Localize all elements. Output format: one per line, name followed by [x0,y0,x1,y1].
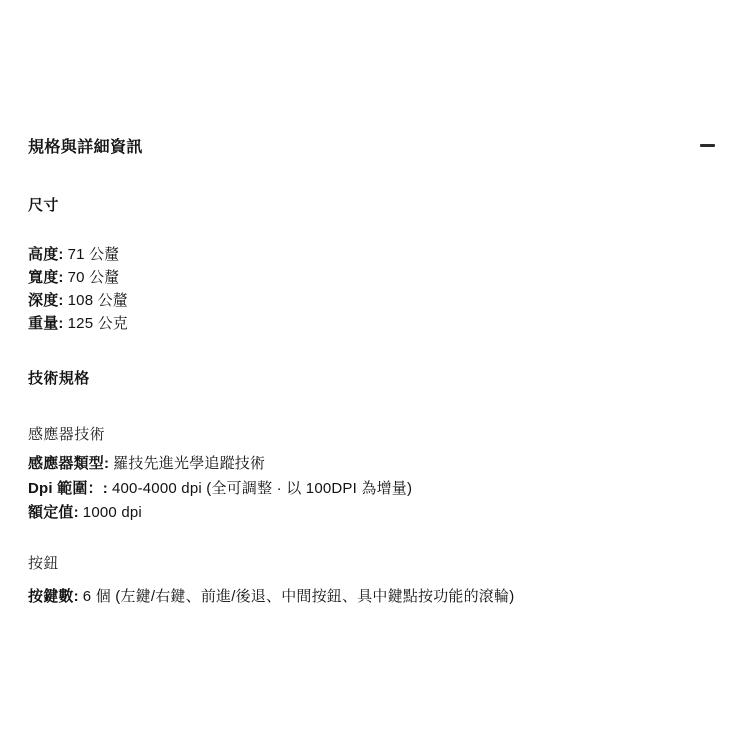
spec-value: 羅技先進光學追蹤技術 [113,455,265,472]
technical-specs-heading: 技術規格 [28,367,90,388]
spec-row-dpi-range: Dpi 範圍：:400-4000 dpi (全可調整 · 以 100DPI 為增… [28,477,730,502]
spec-value: 6 個 (左鍵/右鍵、前進/後退、中間按鈕、具中鍵點按功能的滾輪) [83,588,515,605]
spec-row-sensor-type: 感應器類型:羅技先進光學追蹤技術 [28,452,730,477]
dimensions-heading: 尺寸 [28,194,59,215]
specs-accordion-title: 規格與詳細資訊 [28,134,143,157]
spec-row-nominal-dpi: 額定值:1000 dpi [28,501,730,526]
dimensions-spec-list: 高度:71 公釐 寬度:70 公釐 深度:108 公釐 重量:125 公克 [28,243,730,335]
spec-value: 1000 dpi [83,504,142,521]
spec-row-width: 寬度:70 公釐 [28,266,730,289]
minus-icon[interactable] [700,144,715,148]
spec-label: 額定值: [28,504,79,521]
sensor-spec-list: 感應器類型:羅技先進光學追蹤技術 Dpi 範圍：:400-4000 dpi (全… [28,452,730,526]
spec-row-weight: 重量:125 公克 [28,312,730,335]
spec-value: 70 公釐 [68,269,120,286]
spec-row-height: 高度:71 公釐 [28,243,730,266]
spec-label: 寬度: [28,269,64,286]
spec-label: 感應器類型: [28,455,109,472]
buttons-subheading: 按鈕 [28,552,59,573]
buttons-spec-list: 按鍵數:6 個 (左鍵/右鍵、前進/後退、中間按鈕、具中鍵點按功能的滾輪) [28,585,730,609]
spec-label: 按鍵數: [28,588,79,605]
spec-value: 125 公克 [68,315,128,332]
spec-label: 深度: [28,292,64,309]
specs-accordion-header[interactable]: 規格與詳細資訊 [28,134,715,157]
spec-value: 71 公釐 [68,246,120,263]
sensor-technology-subheading: 感應器技術 [28,423,105,444]
spec-value: 108 公釐 [68,292,128,309]
spec-label: 重量: [28,315,64,332]
spec-row-depth: 深度:108 公釐 [28,289,730,312]
spec-row-button-count: 按鍵數:6 個 (左鍵/右鍵、前進/後退、中間按鈕、具中鍵點按功能的滾輪) [28,585,730,609]
spec-value: 400-4000 dpi (全可調整 · 以 100DPI 為增量) [112,480,412,497]
spec-label: 高度: [28,246,64,263]
spec-label: Dpi 範圍：: [28,480,108,497]
spec-page: { "colors": { "background": "#ffffff", "… [0,0,750,750]
